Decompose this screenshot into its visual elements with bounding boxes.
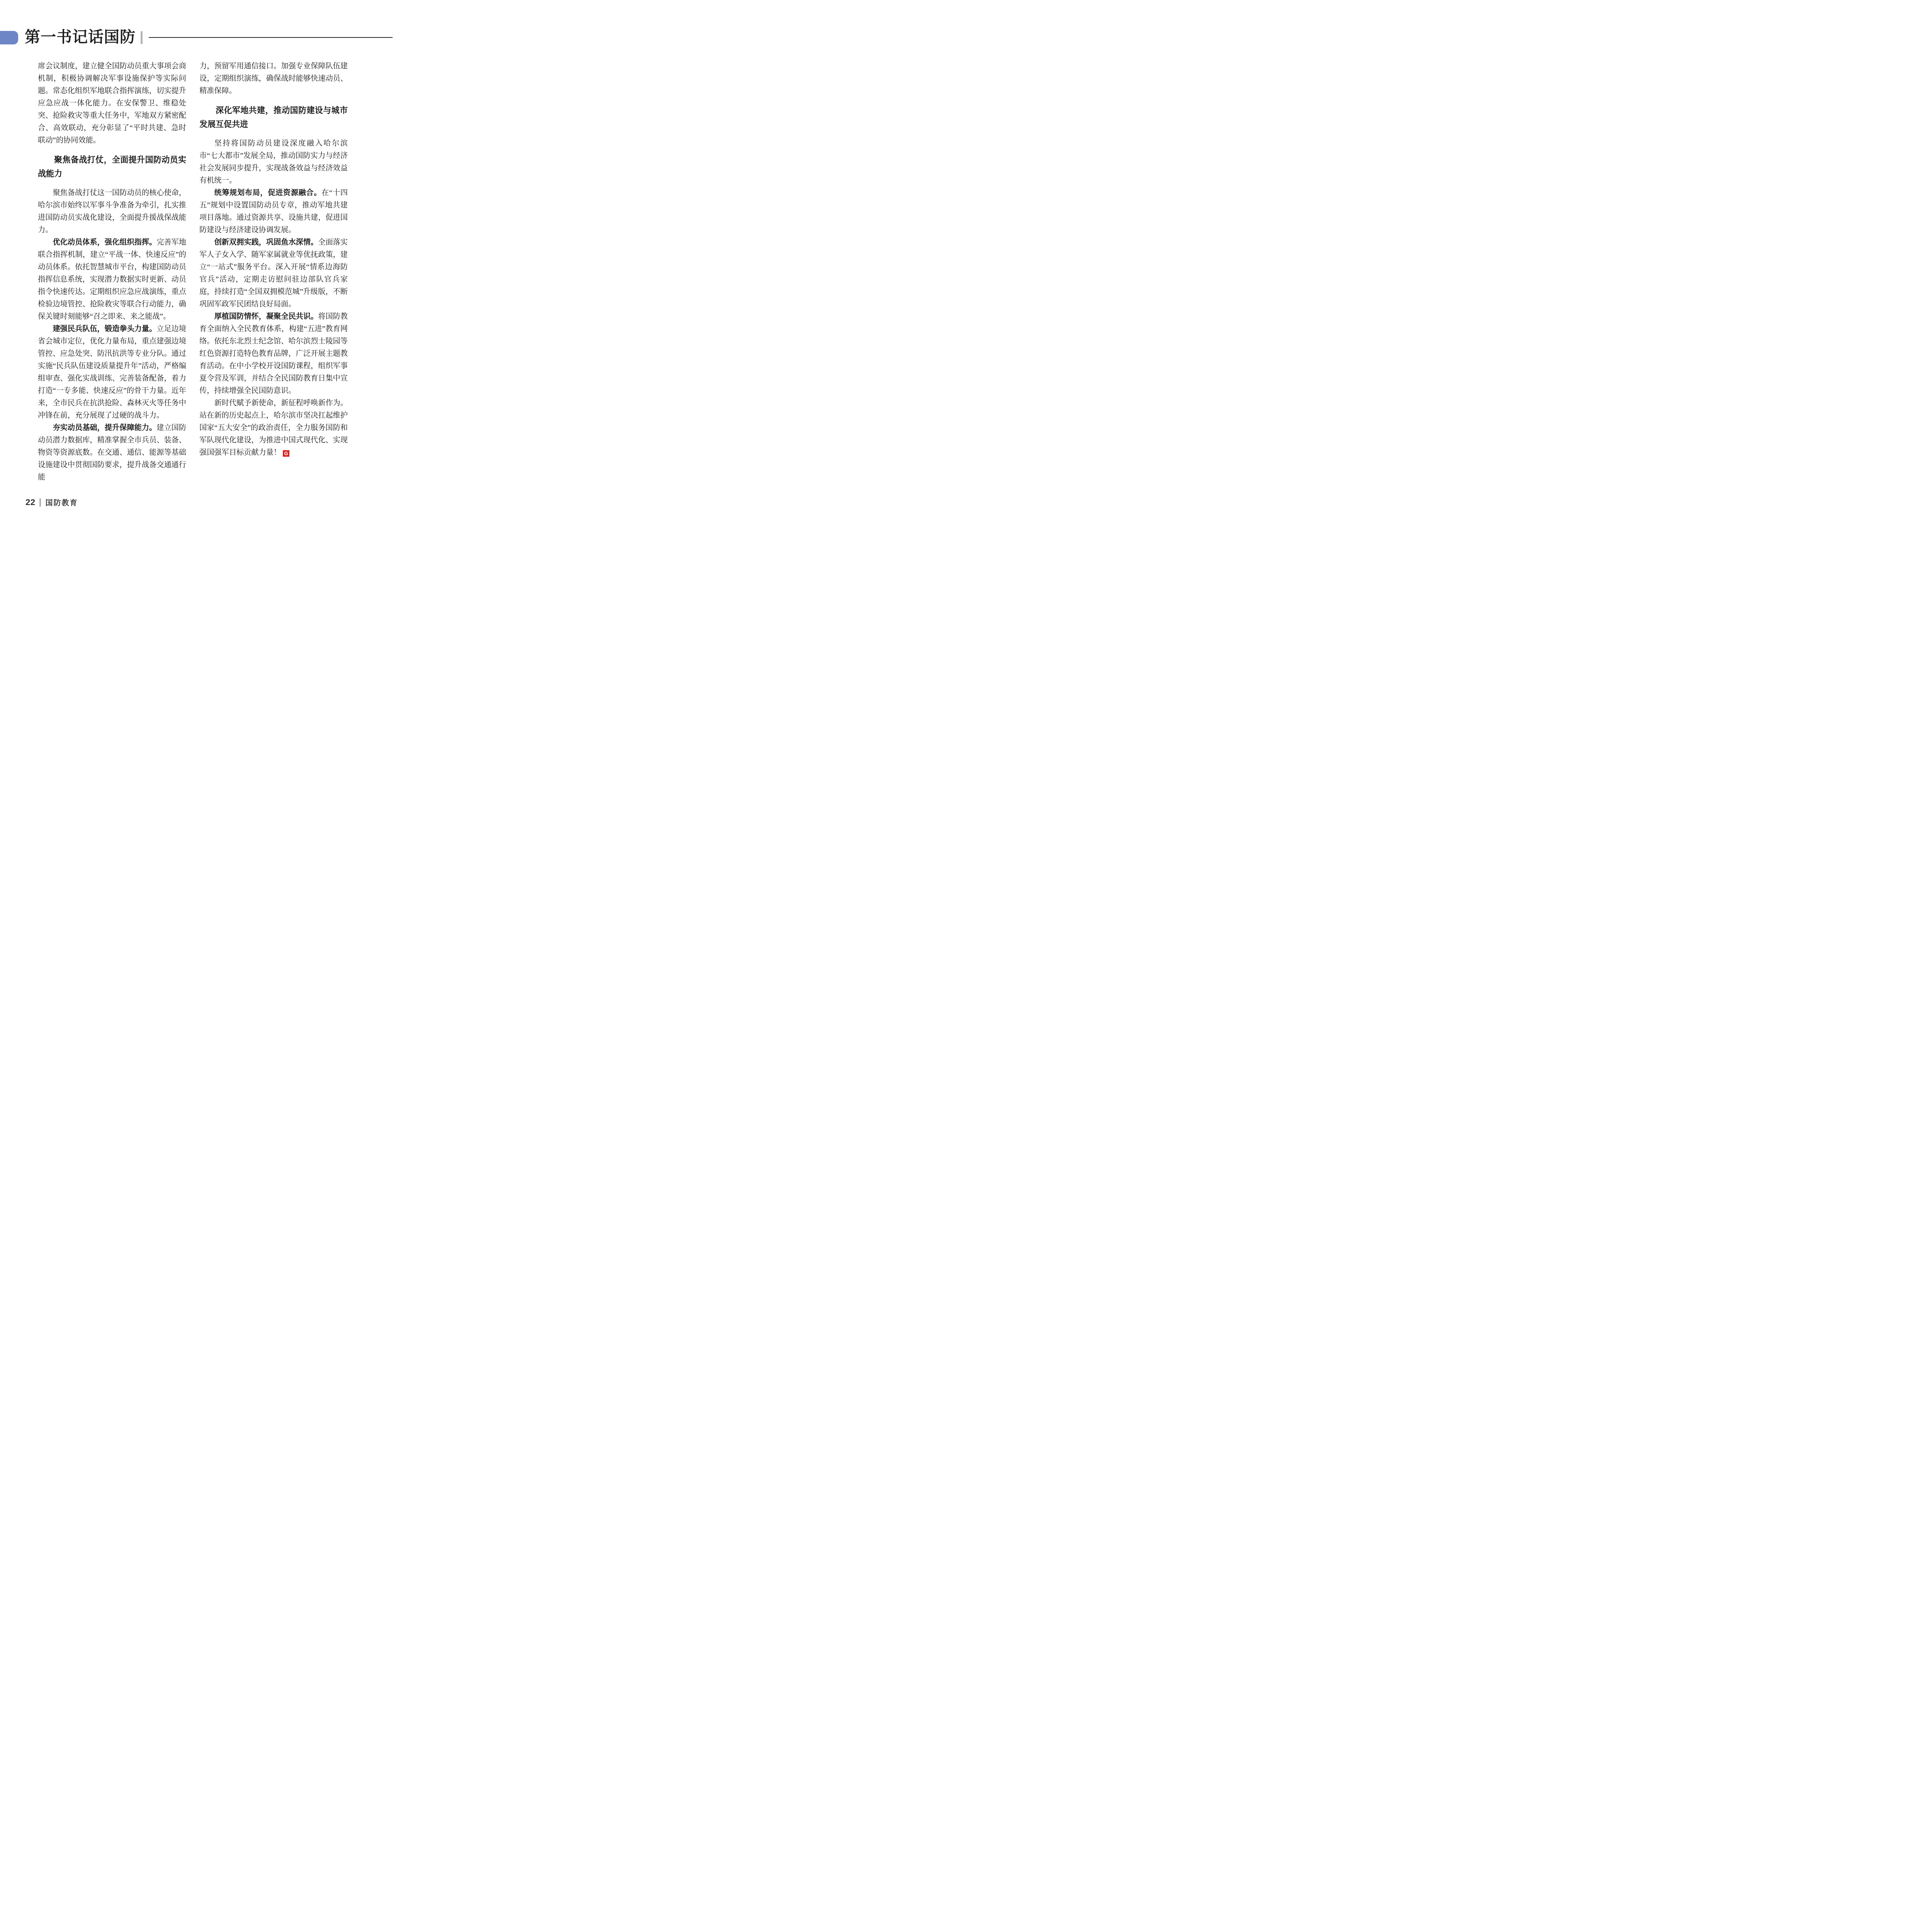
lead-in: 厚植国防情怀，凝聚全民共识。	[214, 313, 318, 321]
paragraph: 优化动员体系，强化组织指挥。完善军地联合指挥机制，建立“平战一体、快速反应”的动…	[38, 236, 186, 323]
lead-in: 优化动员体系，强化组织指挥。	[53, 238, 156, 247]
paragraph: 新时代赋予新使命，新征程呼唤新作为。站在新的历史起点上，哈尔滨市坚决扛起维护国家…	[199, 397, 348, 459]
paragraph-text: 力，预留军用通信接口。加强专业保障队伍建设，定期组织演练，确保战时能够快速动员、…	[199, 62, 348, 95]
paragraph: 夯实动员基础，提升保障能力。建立国防动员潜力数据库，精准掌握全市兵员、装备、物资…	[38, 422, 186, 484]
section-heading: 深化军地共建，推动国防建设与城市发展互促共进	[199, 104, 348, 131]
paragraph: 厚植国防情怀，凝聚全民共识。将国防教育全面纳入全民教育体系，构建“五进”教育网络…	[199, 311, 348, 397]
paragraph-text: 席会议制度，建立健全国防动员重大事项会商机制，积极协调解决军事设施保护等实际问题…	[38, 62, 186, 145]
header-divider-bar	[141, 31, 143, 44]
article-end-mark: G	[283, 450, 289, 457]
right-column: 力，预留军用通信接口。加强专业保障队伍建设，定期组织演练，确保战时能够快速动员、…	[199, 60, 348, 459]
lead-in: 统筹规划布局，促进资源融合。	[214, 189, 321, 197]
blue-corner-tab	[0, 31, 18, 44]
paragraph: 坚持将国防动员建设深度融入哈尔滨市“七大都市”发展全局，推动国防实力与经济社会发…	[199, 138, 348, 187]
paragraph-text: 坚持将国防动员建设深度融入哈尔滨市“七大都市”发展全局，推动国防实力与经济社会发…	[199, 139, 348, 185]
page-number: 22	[26, 497, 35, 507]
page-footer: 22 国防教育	[26, 497, 78, 507]
paragraph: 创新双拥实践，巩固鱼水深情。全面落实军人子女入学、随军家属就业等优抚政策，建立“…	[199, 236, 348, 311]
paragraph-text: 建立国防动员潜力数据库，精准掌握全市兵员、装备、物资等资源底数。在交通、通信、能…	[38, 424, 186, 481]
paragraph-text: 全面落实军人子女入学、随军家属就业等优抚政策，建立“一站式”服务平台。深入开展“…	[199, 238, 348, 308]
paragraph-text: 立足边境省会城市定位，优化力量布局，重点建强边境管控、应急处突、防汛抗洪等专业分…	[38, 325, 186, 420]
footer-divider-bar	[39, 498, 41, 507]
paragraph-text: 完善军地联合指挥机制，建立“平战一体、快速反应”的动员体系。依托智慧城市平台，构…	[38, 238, 186, 321]
left-column: 席会议制度，建立健全国防动员重大事项会商机制，积极协调解决军事设施保护等实际问题…	[38, 60, 186, 484]
paragraph: 统筹规划布局，促进资源融合。在“十四五”规划中设置国防动员专章，推动军地共建项目…	[199, 187, 348, 236]
header-rule-line	[149, 37, 393, 38]
lead-in: 创新双拥实践，巩固鱼水深情。	[214, 238, 318, 247]
lead-in: 夯实动员基础，提升保障能力。	[53, 424, 156, 432]
paragraph: 聚焦备战打仗这一国防动员的核心使命，哈尔滨市始终以军事斗争准备为牵引，扎实推进国…	[38, 187, 186, 236]
magazine-page: 第一书记话国防 席会议制度，建立健全国防动员重大事项会商机制，积极协调解决军事设…	[0, 0, 393, 520]
paragraph-text: 新时代赋予新使命，新征程呼唤新作为。站在新的历史起点上，哈尔滨市坚决扛起维护国家…	[199, 399, 348, 457]
heading-text: 深化军地共建，推动国防建设与城市发展互促共进	[199, 106, 348, 129]
continued-paragraph: 席会议制度，建立健全国防动员重大事项会商机制，积极协调解决军事设施保护等实际问题…	[38, 60, 186, 147]
lead-in: 建强民兵队伍，锻造拳头力量。	[53, 325, 156, 333]
paragraph: 建强民兵队伍，锻造拳头力量。立足边境省会城市定位，优化力量布局，重点建强边境管控…	[38, 323, 186, 422]
page-header: 第一书记话国防	[0, 30, 393, 45]
footer-section-label: 国防教育	[45, 497, 78, 508]
page-title: 第一书记话国防	[25, 29, 136, 46]
paragraph-text: 聚焦备战打仗这一国防动员的核心使命，哈尔滨市始终以军事斗争准备为牵引，扎实推进国…	[38, 189, 186, 234]
continued-paragraph: 力，预留军用通信接口。加强专业保障队伍建设，定期组织演练，确保战时能够快速动员、…	[199, 60, 348, 97]
paragraph-text: 将国防教育全面纳入全民教育体系，构建“五进”教育网络。依托东北烈士纪念馆、哈尔滨…	[199, 313, 348, 395]
section-heading: 聚焦备战打仗，全面提升国防动员实战能力	[38, 153, 186, 181]
heading-text: 聚焦备战打仗，全面提升国防动员实战能力	[38, 155, 186, 178]
